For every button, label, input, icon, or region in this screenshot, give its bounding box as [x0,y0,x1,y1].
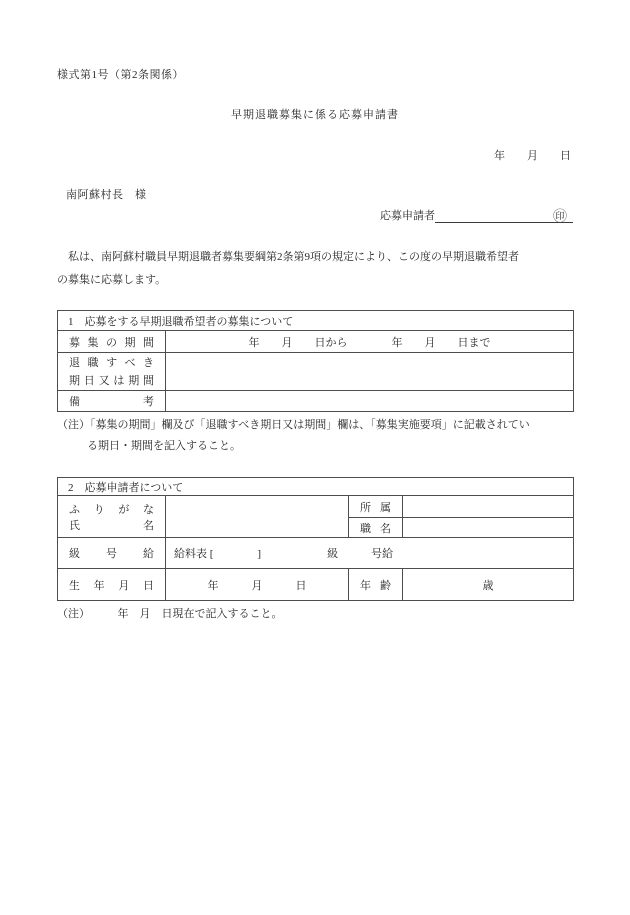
name-value [166,496,349,538]
recruitment-period-value: 年 月 日から 年 月 日まで [166,331,574,353]
applicant-label: 応募申請者 [380,210,435,222]
age-value: 歳 [403,569,574,601]
remarks-label: 備考 [58,391,166,412]
note-1: （注）「募集の期間」欄及び「退職すべき期日又は期間」欄は、「募集実施要項」に記載… [57,415,573,457]
note-2: （注） 年 月 日現在で記入すること。 [57,604,573,625]
name-label-cell: ふりがな 氏名 [58,496,166,538]
applicant-row: 応募申請者㊞ [380,207,573,223]
affiliation-value [403,496,574,518]
affiliation-label: 所属 [349,496,403,518]
furigana-label: ふりがな [58,501,165,517]
recruitment-table: 1 応募をする早期退職希望者の募集について 募集の期間 年 月 日から 年 月 … [57,310,574,412]
grade-label: 級号給 [58,538,166,569]
retirement-date-label: 退職すべき 期日又は期間 [58,353,166,391]
jobtitle-value [403,518,574,538]
body-paragraph: 私は、南阿蘇村職員早期退職者募集要綱第2条第9項の規定により、この度の早期退職希… [57,246,573,291]
recruitment-period-label: 募集の期間 [58,331,166,353]
remarks-value [166,391,574,412]
retirement-date-value [166,353,574,391]
document-title: 早期退職募集に係る応募申請書 [57,106,573,122]
addressee: 南阿蘇村長 様 [66,186,147,202]
age-label: 年齢 [349,569,403,601]
seal-icon: ㊞ [553,210,573,225]
name-label: 氏名 [58,517,165,533]
date-line: 年 月 日 [494,147,571,163]
applicant-table: 2 応募申請者について ふりがな 氏名 所属 職名 級号給 給料表 [ ] 級 … [57,477,574,601]
body-line-1: 私は、南阿蘇村職員早期退職者募集要綱第2条第9項の規定により、この度の早期退職希… [57,246,573,269]
grade-value: 給料表 [ ] 級 号給 [166,538,574,569]
body-line-2: の募集に応募します。 [57,269,573,292]
recruitment-table-title: 1 応募をする早期退職希望者の募集について [58,311,574,331]
jobtitle-label: 職名 [349,518,403,538]
birthdate-value: 年 月 日 [166,569,349,601]
birthdate-label: 生年月日 [58,569,166,601]
document-page: 様式第1号（第2条関係） 早期退職募集に係る応募申請書 年 月 日 南阿蘇村長 … [0,0,630,915]
applicant-table-title: 2 応募申請者について [58,478,574,496]
applicant-signature-line: ㊞ [435,208,573,223]
note-1-line-1: （注）「募集の期間」欄及び「退職すべき期日又は期間」欄は、「募集実施要項」に記載… [57,415,573,436]
note-1-line-2: る期日・期間を記入すること。 [57,436,573,457]
form-number: 様式第1号（第2条関係） [57,66,184,82]
